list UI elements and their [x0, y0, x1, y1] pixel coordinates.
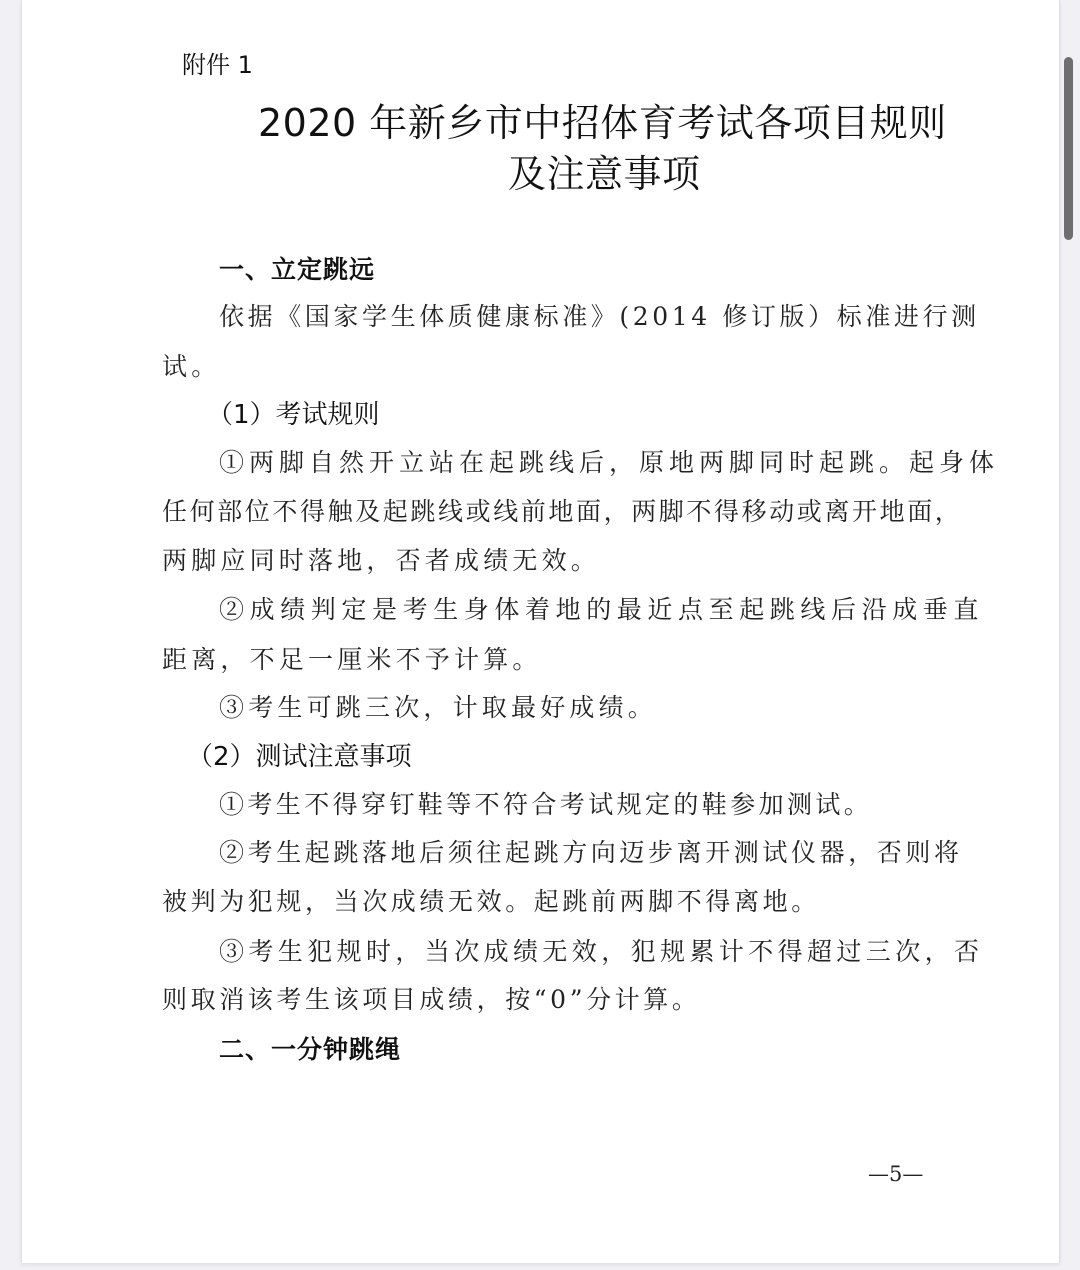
document-page: 附件 1 2020 年新乡市中招体育考试各项目规则 及注意事项 一、立定跳远 依…	[21, 0, 1060, 1263]
paragraph-line: 两脚应同时落地，否者成绩无效。	[162, 541, 600, 577]
scrollbar-thumb[interactable]	[1064, 57, 1073, 240]
section-heading-standing-long-jump: 一、立定跳远	[219, 250, 375, 286]
document-title-line-2: 及注意事项	[508, 143, 701, 198]
document-title-line-1: 2020 年新乡市中招体育考试各项目规则	[258, 92, 947, 147]
paragraph-line: ③考生犯规时，当次成绩无效，犯规累计不得超过三次，否	[219, 932, 983, 968]
page-number: —5—	[868, 1162, 923, 1186]
section-heading-one-minute-rope-skipping: 二、一分钟跳绳	[219, 1030, 401, 1066]
attachment-label: 附件 1	[182, 45, 253, 80]
paragraph-line: 试。	[162, 347, 220, 383]
paragraph-line: 则取消该考生该项目成绩，按“0”分计算。	[162, 980, 700, 1016]
paragraph-line: ①两脚自然开立站在起跳线后，原地两脚同时起跳。起身体	[219, 443, 999, 479]
paragraph-line: 依据《国家学生体质健康标准》(2014 修订版）标准进行测	[219, 297, 980, 333]
paragraph-line: 被判为犯规，当次成绩无效。起跳前两脚不得离地。	[162, 882, 820, 918]
paragraph-line: 任何部位不得触及起跳线或线前地面，两脚不得移动或离开地面，	[162, 492, 962, 528]
paragraph-line: 距离，不足一厘米不予计算。	[162, 640, 542, 676]
paragraph-line: ①考生不得穿钉鞋等不符合考试规定的鞋参加测试。	[219, 785, 872, 821]
subsection-heading-exam-rules: （1）考试规则	[207, 394, 380, 431]
paragraph-line: ③考生可跳三次，计取最好成绩。	[219, 688, 657, 724]
paragraph-line: ②成绩判定是考生身体着地的最近点至起跳线后沿成垂直	[219, 590, 984, 626]
subsection-heading-test-notes: （2）测试注意事项	[187, 736, 412, 773]
paragraph-line: ②考生起跳落地后须往起跳方向迈步离开测试仪器，否则将	[219, 833, 963, 869]
